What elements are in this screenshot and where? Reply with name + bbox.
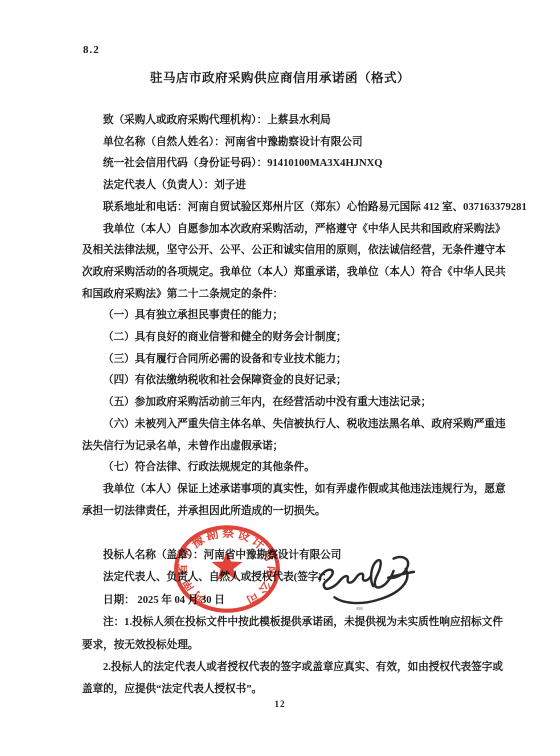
text-line: （七）符合法律、行政法规规定的其他条件。 [82, 457, 512, 479]
text-line: （二）具有良好的商业信誉和健全的财务会计制度； [82, 327, 512, 349]
text-line: 投标人名称（盖章）：河南省中豫勘察设计有限公司 [82, 545, 512, 567]
signature-stroke [319, 570, 371, 589]
text-line: （五）参加政府采购活动前三年内，在经营活动中没有重大违法记录； [82, 392, 512, 414]
company-seal-icon: 河南省中豫勘察设计有限公司 [170, 522, 284, 618]
text-line: 法定代表人、负责人、自然人或授权代表(签字)： [82, 567, 512, 589]
text-line: （四）有依法缴纳税收和社会保障资金的良好记录； [82, 370, 512, 392]
text-line: 日期： 2025 年 04 月 30 日 [82, 590, 512, 612]
text-line: 次政府采购活动的各项规定。我单位（本人）郑重承诺，我单位（本人）符合《中华人民共 [82, 262, 512, 284]
text-line: 联系地址和电话：河南自贸试验区郑州片区（郑东）心怡路易元国际 412 室、037… [82, 197, 512, 219]
closing-block: 投标人名称（盖章）：河南省中豫勘察设计有限公司法定代表人、负责人、自然人或授权代… [82, 545, 512, 702]
text-line: 我单位（本人）自愿参加本次政府采购活动，严格遵守《中华人民共和国政府采购法》 [82, 219, 512, 241]
text-line: 统一社会信用代码（身份证号码）：91410100MA3X4HJNXQ [82, 153, 512, 175]
text-line: 单位名称（自然人姓名）：河南省中豫勘察设计有限公司 [82, 132, 512, 154]
document-title: 驻马店市政府采购供应商信用承诺函（格式） [0, 68, 560, 86]
text-line: 注：1.投标人须在投标文件中按此模板提供承诺函，未提供视为未实质性响应招标文件 [82, 612, 512, 634]
text-line: （一）具有独立承担民事责任的能力； [82, 305, 512, 327]
section-number: 8.2 [83, 44, 100, 56]
text-line: 及相关法律法规，坚守公开、公平、公正和诚实信用的原则，依法诚信经营，无条件遵守本 [82, 240, 512, 262]
document-page: 8.2 驻马店市政府采购供应商信用承诺函（格式） 致（采购人或政府采购代理机构）… [0, 0, 560, 756]
text-line: 要求，按无效投标处理。 [82, 635, 512, 657]
text-line: 法失信行为记录名单，未曾作出虚假承诺； [82, 436, 512, 458]
text-line: 法定代表人（负责人）：刘子进 [82, 175, 512, 197]
seal-star-icon [212, 551, 243, 580]
text-line: 承担一切法律责任，并承担因此所造成的一切损失。 [82, 501, 512, 523]
text-line: （六）未被列入严重失信主体名单、失信被执行人、税收违法黑名单、政府采购严重违 [82, 414, 512, 436]
text-line: 和国政府采购法》第二十二条规定的条件： [82, 284, 512, 306]
signature-stroke [371, 560, 393, 587]
text-line: 致（采购人或政府采购代理机构）：上蔡县水利局 [82, 110, 512, 132]
page-number: 12 [0, 699, 560, 709]
handwritten-signature [306, 548, 418, 610]
text-line: 我单位（本人）保证上述承诺事项的真实性，如有弄虚作假或其他违法违规行为，愿意 [82, 479, 512, 501]
scan-artifact [356, 607, 363, 610]
body-text-block: 致（采购人或政府采购代理机构）：上蔡县水利局单位名称（自然人姓名）：河南省中豫勘… [82, 110, 512, 522]
text-line: 2.投标人的法定代表人或者授权代表的签字或盖章应真实、有效，如由授权代表签字或 [82, 657, 512, 679]
text-line: （三）具有履行合同所必需的设备和专业技术能力； [82, 349, 512, 371]
